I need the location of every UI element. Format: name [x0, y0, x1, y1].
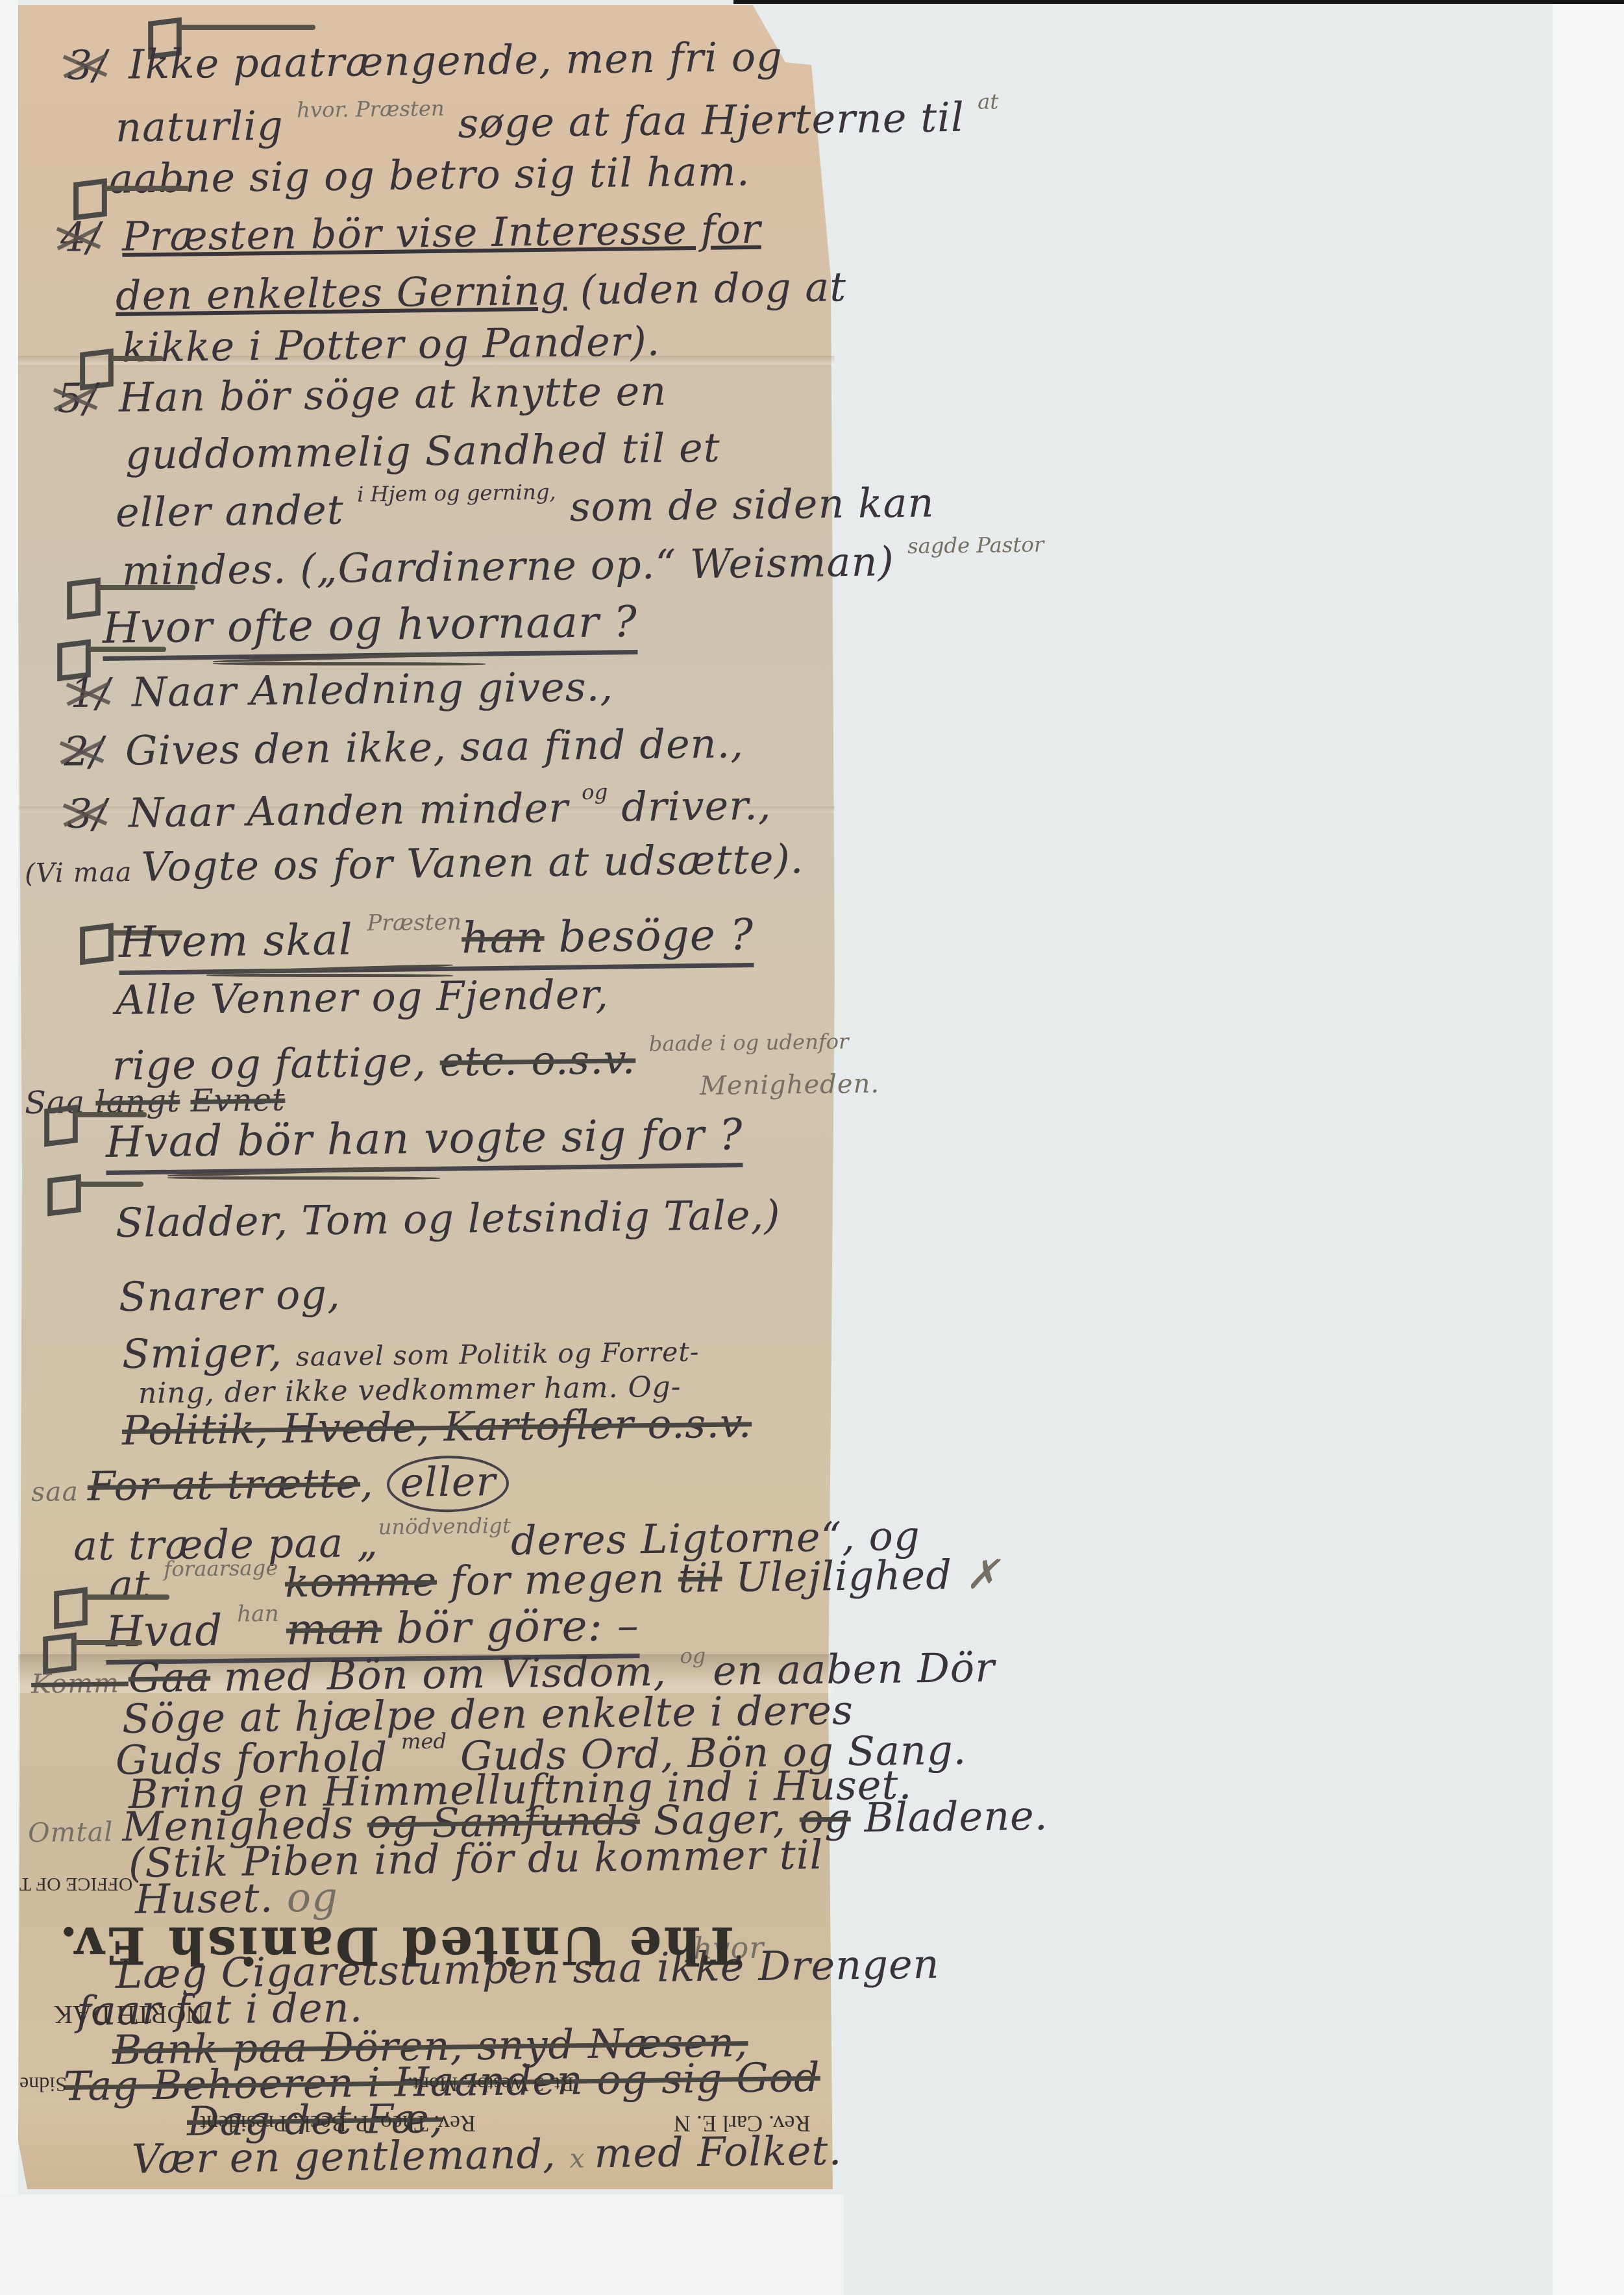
pencil-note: unödvendigt	[378, 1513, 511, 1539]
ink-text: at	[109, 1561, 164, 1609]
ink-text: Sladder, Tom og letsindig Tale,)	[116, 1191, 781, 1247]
ink-text: Smiger,	[122, 1328, 297, 1378]
ink-text: Politik, Hvede, Kartofler o.s.v.	[122, 1399, 752, 1454]
ink-text: naturlig	[116, 101, 297, 151]
pencil-note: Præsten	[367, 910, 461, 937]
handwritten-line: 5/ Han bör söge at knytte en	[57, 368, 667, 422]
ink-text: han	[461, 912, 545, 963]
ink-text: saavel som Politik og Forret-	[295, 1336, 699, 1372]
ink-text: besöge ?	[544, 910, 754, 962]
checkbox-mark	[67, 580, 101, 617]
checkbox-dash-icon	[179, 25, 315, 30]
ink-text: i Hjem og gerning,	[357, 480, 556, 507]
ink-text: Evnet	[190, 1082, 285, 1119]
ink-text: Hvad	[105, 1606, 237, 1657]
pencil-note: ✗	[965, 1550, 1000, 1598]
pencil-note: han	[237, 1601, 286, 1628]
handwritten-line: Menigheden.	[700, 1069, 880, 1101]
item-number: 2/	[64, 728, 105, 775]
ink-text: (uden dog at	[567, 263, 847, 314]
checkbox-dash-icon	[105, 186, 189, 191]
item-number: 3/	[67, 790, 108, 837]
checkbox-square-icon	[44, 1105, 78, 1147]
handwritten-line: Snarer og,	[119, 1271, 341, 1320]
ink-text: Bladene.	[850, 1792, 1048, 1842]
pencil-note: og	[286, 1873, 338, 1921]
ink-text: Ulejlighed	[722, 1551, 966, 1602]
ink-text: Naar Aanden minder	[115, 784, 582, 837]
ink-text: Vær en gentlemand,	[132, 2130, 570, 2183]
handwritten-line: 3/ Ikke paatrængende, men fri og	[67, 34, 783, 89]
ink-text: man	[286, 1604, 382, 1655]
ink-text: (Vi maa	[25, 856, 141, 889]
ink-text: som de siden kan	[556, 478, 935, 530]
handwritten-line: (Vi maa Vogte os for Vanen at udsætte).	[25, 836, 804, 891]
ink-text: for megen	[437, 1554, 679, 1605]
handwritten-line: kikke i Potter og Pander).	[122, 318, 661, 371]
letterhead-print: Rev. Carl E. N	[674, 2110, 811, 2137]
ink-text: etc. o.s.v.	[439, 1036, 635, 1085]
checkbox-dash-icon	[88, 647, 166, 652]
ink-text: Naar Anledning gives.,	[118, 663, 614, 716]
ink-text: eller andet	[116, 486, 358, 536]
item-number: 4/	[60, 214, 101, 260]
checkbox-dash-icon	[74, 1640, 142, 1645]
handwritten-line: saa For at trætte, eller	[31, 1458, 510, 1510]
handwritten-line: Politik, Hvede, Kartofler o.s.v.	[122, 1400, 752, 1454]
pencil-note: at	[978, 89, 999, 114]
checkbox-dash-icon	[111, 356, 163, 361]
ink-text: med	[401, 1729, 447, 1754]
pencil-note: x	[569, 2142, 595, 2174]
handwritten-line: aabne sig og betro sig til ham.	[109, 148, 750, 202]
scanner-background-bottom	[0, 2194, 844, 2295]
handwritten-line: Smiger, saavel som Politik og Forret-	[122, 1324, 700, 1377]
handwritten-line: Sladder, Tom og letsindig Tale,)	[116, 1191, 781, 1246]
letterhead-print: Sidne	[19, 2072, 67, 2096]
checkbox-mark	[44, 1107, 78, 1145]
ink-text	[635, 1036, 650, 1083]
ink-text: kikke i Potter og Pander).	[122, 317, 661, 371]
ink-text: Snarer og,	[119, 1271, 341, 1321]
ink-text: til	[678, 1554, 722, 1602]
ink-text: den enkeltes Gerning	[116, 267, 567, 319]
ink-text: eller	[387, 1455, 510, 1513]
pencil-note: og	[680, 1643, 713, 1669]
scanned-document-canvas: 3/ Ikke paatrængende, men fri ognaturlig…	[0, 0, 1624, 2295]
section-heading: Hvad bör han vogte sig for ?	[105, 1110, 743, 1175]
item-number: 3/	[67, 42, 108, 88]
ink-text: mindes. („Gardinerne op.“ Weisman)	[122, 538, 908, 595]
ink-text: guddommelig Sandhed til et	[125, 424, 720, 478]
ink-text	[108, 213, 123, 260]
letterhead-print: Rt. 3 Westby, Mont.	[408, 2072, 574, 2096]
checkbox-dash-icon	[79, 1182, 143, 1187]
checkbox-mark	[47, 1176, 81, 1214]
ink-text: Hvad bör han vogte sig for ?	[105, 1110, 743, 1167]
handwritten-line: 3/ Naar Aanden minder og driver.,	[67, 778, 772, 837]
scan-edge-artifact	[733, 0, 1624, 4]
ink-text: Vogte os for Vanen at udsætte).	[141, 835, 804, 890]
ink-text: Alle Venner og Fjender,	[116, 971, 609, 1024]
handwritten-line: guddommelig Sandhed til et	[125, 425, 720, 478]
checkbox-square-icon	[54, 1587, 88, 1630]
handwritten-line: 4/ Præsten bör vise Interesse for	[60, 206, 761, 260]
ink-text: Ikke paatrængende, men fri og	[115, 33, 783, 89]
handwritten-line: den enkeltes Gerning (uden dog at	[116, 264, 847, 319]
checkbox-square-icon	[47, 1174, 81, 1217]
letterhead-print: Rev. Theo. P. Beck, President	[200, 2110, 476, 2137]
ink-text: søge at faa Hjerterne til	[444, 93, 978, 147]
pencil-note: saa	[31, 1476, 88, 1507]
pencil-note: baade i og udenfor	[648, 1029, 848, 1056]
ink-text: Han bör söge at knytte en	[105, 367, 667, 422]
checkbox-dash-icon	[98, 585, 195, 590]
letterhead-masthead: The United Danish Ev.	[57, 1915, 741, 1974]
ink-text: Gives den ikke, saa find den.,	[112, 719, 744, 775]
checkbox-dash-icon	[85, 1594, 169, 1600]
pencil-note: hvor. Præsten	[297, 96, 445, 123]
ink-text: Hvor ofte og hvornaar ?	[102, 597, 637, 653]
handwritten-line: naturlig hvor. Præsten søge at faa Hjert…	[116, 90, 1000, 151]
handwritten-line: eller andet i Hjem og gerning, som de si…	[116, 476, 935, 536]
scanner-background-left	[0, 0, 18, 2295]
pencil-note: Komm	[31, 1667, 129, 1700]
handwritten-line: Alle Venner og Fjender,	[116, 971, 609, 1024]
pencil-note: Menigheden.	[700, 1069, 880, 1101]
pencil-note: foraarsage	[164, 1556, 285, 1582]
letterhead-print: OFFICE OF T	[19, 1873, 133, 1895]
pencil-note: Omtal	[28, 1816, 123, 1848]
ink-text: aabne sig og betro sig til ham.	[109, 147, 750, 203]
letterhead-print: NORTH DAK	[54, 2000, 204, 2030]
item-number: 1/	[70, 669, 111, 716]
ink-text: og	[582, 780, 608, 804]
checkbox-mark	[73, 180, 107, 218]
section-heading: Hvor ofte og hvornaar ?	[102, 597, 637, 661]
ink-text: komme	[284, 1557, 437, 1607]
item-number: 5/	[57, 375, 98, 421]
checkbox-square-icon	[67, 578, 101, 620]
ink-text: For at trætte	[87, 1459, 360, 1510]
ink-text: Præsten bör vise Interesse for	[122, 205, 761, 260]
handwritten-line: 1/ Naar Anledning gives.,	[70, 664, 614, 717]
checkbox-mark	[80, 925, 114, 963]
ink-text: Hvem skal	[118, 914, 367, 967]
ink-text: driver.,	[608, 782, 772, 831]
handwritten-line: mindes. („Gardinerne op.“ Weisman) sagde…	[122, 533, 1044, 594]
checkbox-square-icon	[80, 923, 114, 965]
scanner-background-right	[1553, 0, 1624, 2295]
handwritten-line: 2/ Gives den ikke, saa find den.,	[64, 720, 744, 775]
pencil-note: sagde Pastor	[907, 532, 1044, 559]
checkbox-mark	[54, 1589, 88, 1627]
ink-text	[180, 1083, 191, 1119]
ink-text: ,	[360, 1459, 388, 1507]
